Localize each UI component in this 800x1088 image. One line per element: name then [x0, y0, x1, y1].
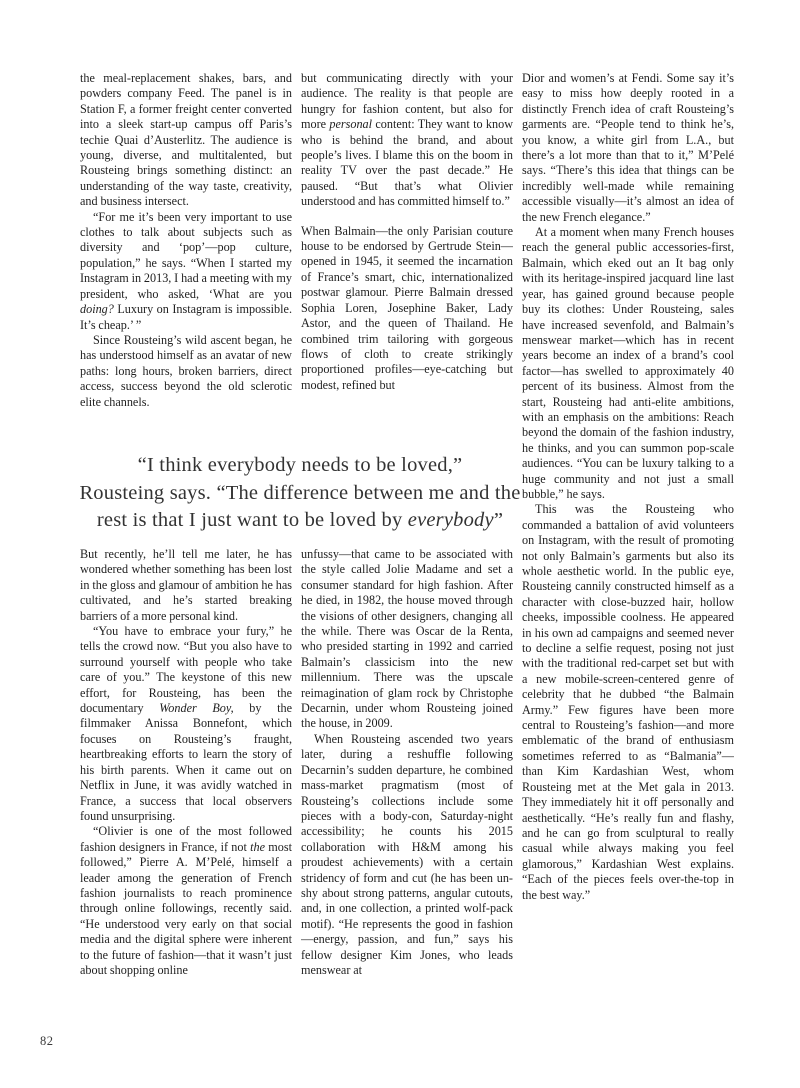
italic-text: doing?	[80, 302, 114, 316]
text-run: This was the Rousteing who commanded a b…	[522, 502, 734, 901]
paragraph: “You have to embrace your fury,” he tell…	[80, 624, 292, 824]
italic-text: personal	[329, 117, 372, 131]
magazine-page: the meal-replacement shakes, bars, and p…	[0, 0, 800, 1088]
paragraph: But recently, he’ll tell me later, he ha…	[80, 547, 292, 624]
column-1-top: the meal-replacement shakes, bars, and p…	[80, 71, 292, 429]
text-run: ”	[494, 509, 503, 531]
text-run: At a moment when many French houses reac…	[522, 225, 734, 501]
text-run: “For me it’s been very important to use …	[80, 210, 292, 301]
column-1-bottom: But recently, he’ll tell me later, he ha…	[80, 547, 292, 1015]
text-run: Dior and women’s at Fendi. Some say it’s…	[522, 71, 734, 224]
column-2-bottom: unfussy—that came to be associated with …	[301, 547, 513, 1015]
pull-quote-line: “I think everybody needs to be loved,”	[70, 452, 530, 480]
text-run: When Rousteing ascended two years later,…	[301, 732, 513, 977]
italic-text: the	[250, 840, 265, 854]
text-run: by the filmmaker Anissa Bonnefont, which…	[80, 701, 292, 823]
text-run: “I think everybody needs to be loved,”	[138, 454, 463, 476]
text-run: most followed,” Pierre A. M’Pelé, himsel…	[80, 840, 292, 977]
paragraph: When Balmain—the only Parisian couture h…	[301, 224, 513, 393]
page-number: 82	[40, 1034, 54, 1049]
text-run: rest is that I just want to be loved by	[97, 509, 408, 531]
paragraph: Since Rousteing’s wild ascent began, he …	[80, 333, 292, 410]
paragraph: unfussy—that came to be associated with …	[301, 547, 513, 732]
paragraph: At a moment when many French houses reac…	[522, 225, 734, 502]
paragraph: When Rousteing ascended two years later,…	[301, 732, 513, 979]
text-run: When Balmain—the only Parisian couture h…	[301, 224, 513, 392]
column-3: Dior and women’s at Fendi. Some say it’s…	[522, 71, 734, 1019]
text-run: Rousteing says. “The difference between …	[79, 482, 520, 504]
paragraph: “For me it’s been very important to use …	[80, 210, 292, 333]
text-run: the meal-replacement shakes, bars, and p…	[80, 71, 292, 208]
pull-quote: “I think everybody needs to be loved,”Ro…	[70, 452, 530, 535]
paragraph: “Olivier is one of the most followed fas…	[80, 824, 292, 978]
text-run: Since Rousteing’s wild ascent began, he …	[80, 333, 292, 409]
italic-text: Wonder Boy,	[159, 701, 233, 715]
paragraph: but communicating directly with your aud…	[301, 71, 513, 210]
text-run: unfussy—that came to be associated with …	[301, 547, 513, 730]
pull-quote-line: rest is that I just want to be loved by …	[70, 507, 530, 535]
text-run: But recently, he’ll tell me later, he ha…	[80, 547, 292, 623]
paragraph: This was the Rousteing who commanded a b…	[522, 502, 734, 903]
paragraph: the meal-replacement shakes, bars, and p…	[80, 71, 292, 210]
column-2-top: but communicating directly with your aud…	[301, 71, 513, 429]
pull-quote-line: Rousteing says. “The difference between …	[70, 480, 530, 508]
italic-text: everybody	[408, 509, 494, 531]
paragraph: Dior and women’s at Fendi. Some say it’s…	[522, 71, 734, 225]
